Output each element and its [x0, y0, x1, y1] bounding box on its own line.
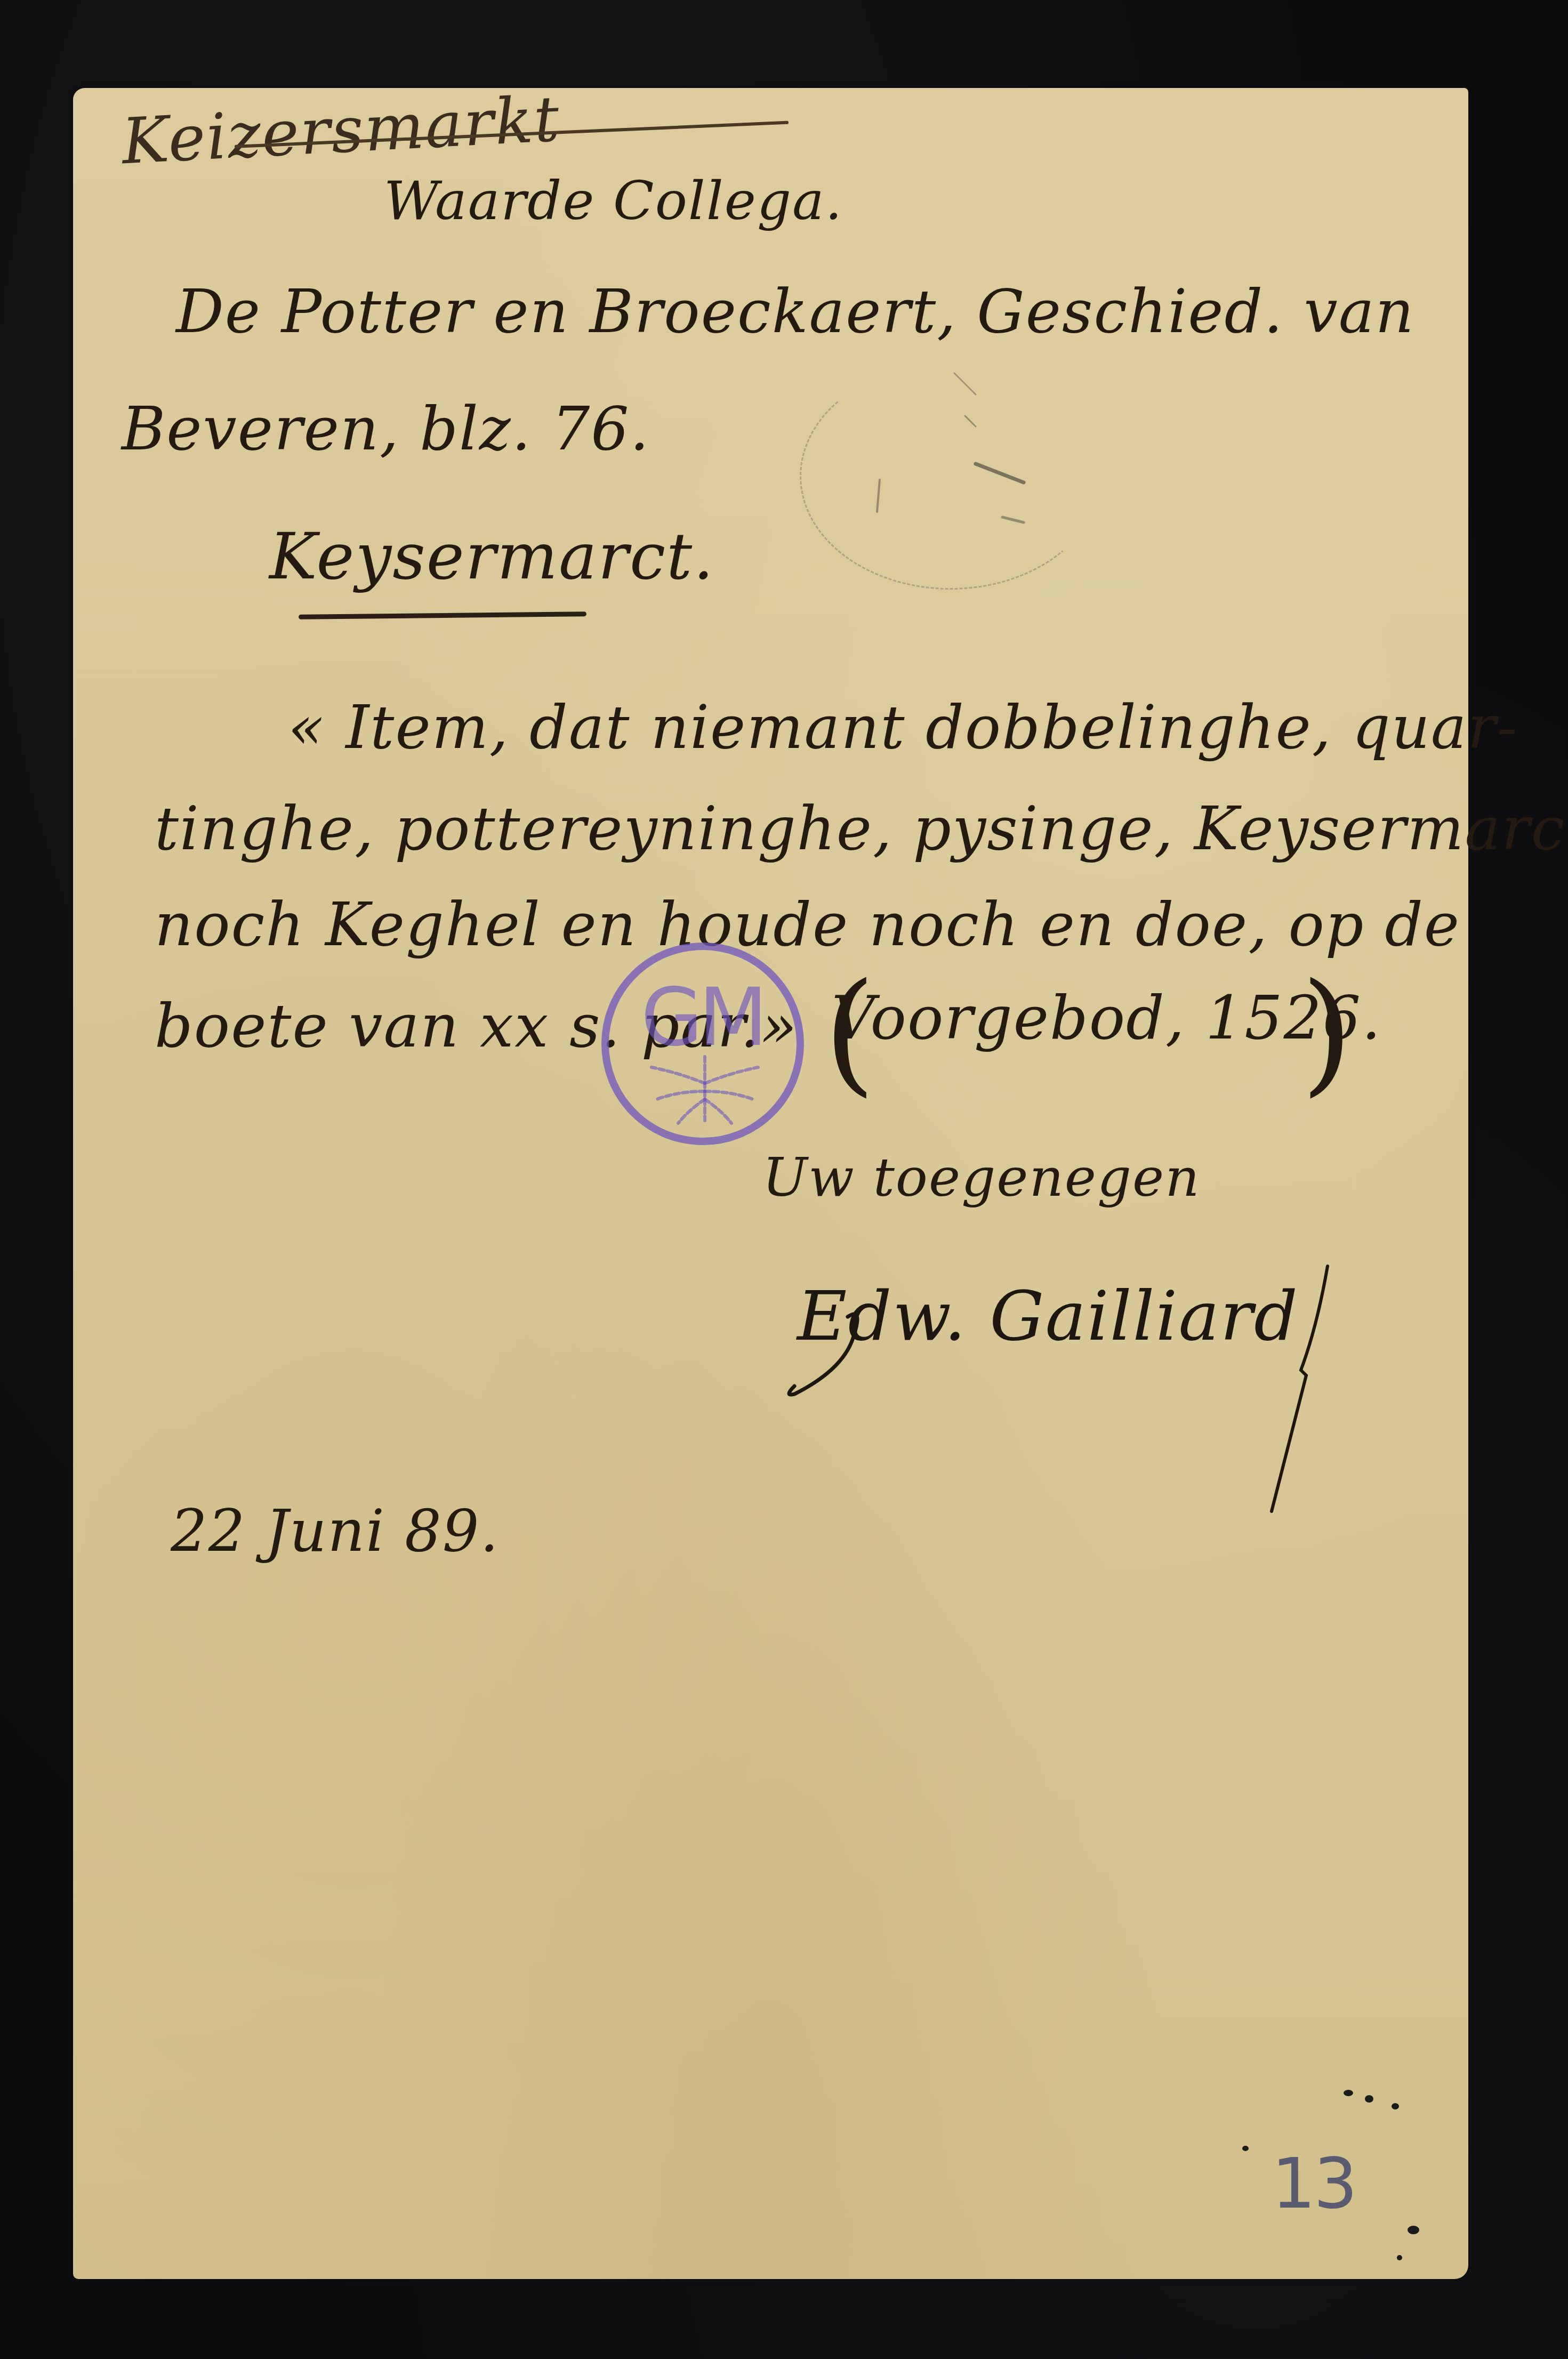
ink-speck	[1365, 2095, 1373, 2103]
reference-line-2: Beveren, blz. 76.	[122, 394, 650, 464]
ink-speck	[1344, 2090, 1353, 2096]
reference-line-1: De Potter en Broeckaert, Geschied. van	[176, 277, 1415, 347]
quote-line-2: tinghe, pottereyninghe, pysinge, Keyserm…	[155, 794, 1568, 864]
source-citation: Voorgebod, 1526.	[832, 984, 1382, 1053]
heading-keysermarct: Keysermarct.	[269, 520, 714, 594]
signature: Edw. Gailliard	[797, 1277, 1299, 1356]
ink-speck	[1242, 2146, 1249, 2151]
quote-line-3: noch Keghel en houde noch en doe, op de	[155, 890, 1460, 960]
postmark-marks	[800, 352, 1098, 586]
signature-flourish-tail	[1269, 1263, 1333, 1514]
paren-close: )	[1301, 954, 1353, 1109]
archive-stamp: GM	[601, 943, 804, 1145]
ink-speck	[1397, 2255, 1402, 2260]
closing-phrase: Uw toegenegen	[762, 1146, 1201, 1209]
folio-number: 13	[1272, 2143, 1355, 2224]
ink-speck	[1392, 2103, 1399, 2110]
quote-line-1: « Item, dat niemant dobbelinghe, quar-	[288, 693, 1518, 762]
salutation: Waarde Collega.	[384, 170, 843, 232]
letter-date: 22 Juni 89.	[171, 1498, 500, 1565]
flower-emblem-icon	[646, 1046, 763, 1126]
ink-speck	[1408, 2226, 1419, 2234]
